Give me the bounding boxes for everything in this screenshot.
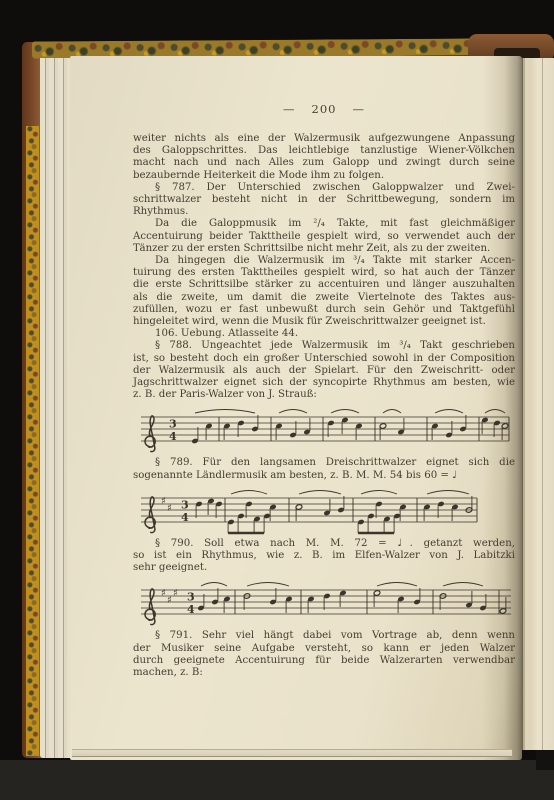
- text-line: sogenannte Ländlermusik am besten, z. B.…: [133, 470, 515, 482]
- table-surface: [0, 760, 554, 800]
- time-signature: 4: [187, 603, 195, 616]
- slur: [201, 583, 227, 587]
- slur: [485, 410, 505, 414]
- sharp-icon: ♯: [161, 588, 166, 599]
- slur: [427, 490, 469, 494]
- music-staff: ♯♯34: [139, 488, 479, 536]
- slur: [195, 410, 255, 414]
- text-line: Rhythmus.: [133, 206, 515, 218]
- time-signature: 3: [187, 591, 195, 604]
- text-line: § 791. Sehr viel hängt dabei vom Vortrag…: [133, 630, 515, 642]
- text-flow: weiter nichts als eine der Walzermusik a…: [133, 133, 515, 679]
- paragraph: § 787. Der Unterschied zwischen Galoppwa…: [133, 182, 515, 219]
- paragraph: weiter nichts als eine der Walzermusik a…: [133, 133, 515, 182]
- slur: [361, 490, 397, 494]
- music-staff: ♯♯♯34: [139, 580, 513, 628]
- text-line: z. B. der Paris-Walzer von J. Strauß:: [133, 389, 515, 401]
- text-line: schrittwalzer besteht nicht in der Schri…: [133, 194, 515, 206]
- music-staff: 34: [139, 407, 511, 455]
- slur: [377, 583, 417, 587]
- page-number: 200: [312, 102, 337, 116]
- music-example: ♯♯34: [139, 488, 515, 536]
- text-line: 106. Uebung. Atlasseite 44.: [133, 328, 515, 340]
- facing-page-sliver: [522, 58, 554, 750]
- slur: [331, 410, 359, 414]
- text-line: zufüllen, wozu er fast unbewußt durch se…: [133, 304, 515, 316]
- text-line: hingeleitet wird, wenn die Musik für Zwe…: [133, 316, 515, 328]
- text-line: als die zweite, um damit die zweite Vier…: [133, 292, 515, 304]
- header-dash-right: —: [352, 102, 365, 116]
- paragraph: Da die Galoppmusik im ²/₄ Takte, mit fas…: [133, 218, 515, 255]
- text-line: durch geeignete Accentuirung für beide W…: [133, 655, 515, 667]
- text-line: Da hingegen die Walzermusik im ³/₄ Takte…: [133, 255, 515, 267]
- slur: [247, 583, 289, 587]
- text-line: weiter nichts als eine der Walzermusik a…: [133, 133, 515, 145]
- text-line: § 787. Der Unterschied zwischen Galoppwa…: [133, 182, 515, 194]
- page-crease: [542, 58, 543, 750]
- marbled-cover-edge-left: [26, 126, 39, 756]
- sharp-icon: ♯: [161, 496, 166, 507]
- sharp-icon: ♯: [167, 595, 172, 606]
- text-line: sehr geeignet.: [133, 562, 515, 574]
- text-line: macht nach und nach Alles zum Galopp und…: [133, 157, 515, 169]
- time-signature: 4: [181, 511, 189, 524]
- text-line: Tänzer zu der ersten Schrittsilbe nicht …: [133, 243, 515, 255]
- time-signature: 3: [169, 418, 177, 431]
- page-bottom-edge: [72, 749, 512, 757]
- text-line: Accentuirung beider Takttheile gespielt …: [133, 231, 515, 243]
- page-header: —200—: [133, 102, 515, 116]
- music-example: 34: [139, 407, 515, 455]
- paragraph: § 791. Sehr viel hängt dabei vom Vortrag…: [133, 630, 515, 679]
- header-dash-left: —: [283, 102, 296, 116]
- text-line: § 789. Für den langsamen Dreischrittwalz…: [133, 457, 515, 469]
- text-line: tuirung des ersten Takttheiles gespielt …: [133, 267, 515, 279]
- paragraph: Da hingegen die Walzermusik im ³/₄ Takte…: [133, 255, 515, 328]
- text-line: bezaubernde Heiterkeit die Mode ihm zu f…: [133, 170, 515, 182]
- paragraph: § 788. Ungeachtet jede Walzermusik im ³/…: [133, 340, 515, 401]
- text-line: der Walzermusik als auch der Spielart. F…: [133, 365, 515, 377]
- slur: [231, 490, 267, 494]
- time-signature: 4: [169, 430, 177, 443]
- text-line: ist, so besteht doch ein großer Untersch…: [133, 353, 515, 365]
- text-line: so ist ein Rhythmus, wie z. B. im Elfen-…: [133, 550, 515, 562]
- paragraph: 106. Uebung. Atlasseite 44.: [133, 328, 515, 340]
- music-example: ♯♯♯34: [139, 580, 515, 628]
- sharp-icon: ♯: [167, 503, 172, 514]
- text-line: des Galoppschrittes. Das leichtlebige ta…: [133, 145, 515, 157]
- book-page: —200— weiter nichts als eine der Walzerm…: [70, 56, 522, 760]
- paragraph: § 789. Für den langsamen Dreischrittwalz…: [133, 457, 515, 481]
- text-line: Da die Galoppmusik im ²/₄ Takte, mit fas…: [133, 218, 515, 230]
- slur: [299, 490, 341, 494]
- text-line: machen, z. B:: [133, 667, 515, 679]
- treble-clef-icon: [145, 589, 155, 625]
- paragraph: § 790. Soll etwa nach M. M. 72 = ♩. geta…: [133, 538, 515, 575]
- text-line: § 790. Soll etwa nach M. M. 72 = ♩. geta…: [133, 538, 515, 550]
- text-line: die erste Schrittsilbe stärker zu accent…: [133, 279, 515, 291]
- text-line: der Musiker seine Aufgabe versteht, so k…: [133, 643, 515, 655]
- treble-clef-icon: [145, 416, 155, 452]
- slur: [435, 410, 463, 414]
- text-line: § 788. Ungeachtet jede Walzermusik im ³/…: [133, 340, 515, 352]
- slur: [443, 583, 483, 587]
- slur: [383, 410, 401, 414]
- slur: [279, 410, 307, 414]
- time-signature: 3: [181, 498, 189, 511]
- treble-clef-icon: [145, 497, 155, 533]
- text-line: Jagschrittwalzer eignet sich der syncopi…: [133, 377, 515, 389]
- page-content: —200— weiter nichts als eine der Walzerm…: [133, 102, 515, 679]
- sharp-icon: ♯: [173, 588, 178, 599]
